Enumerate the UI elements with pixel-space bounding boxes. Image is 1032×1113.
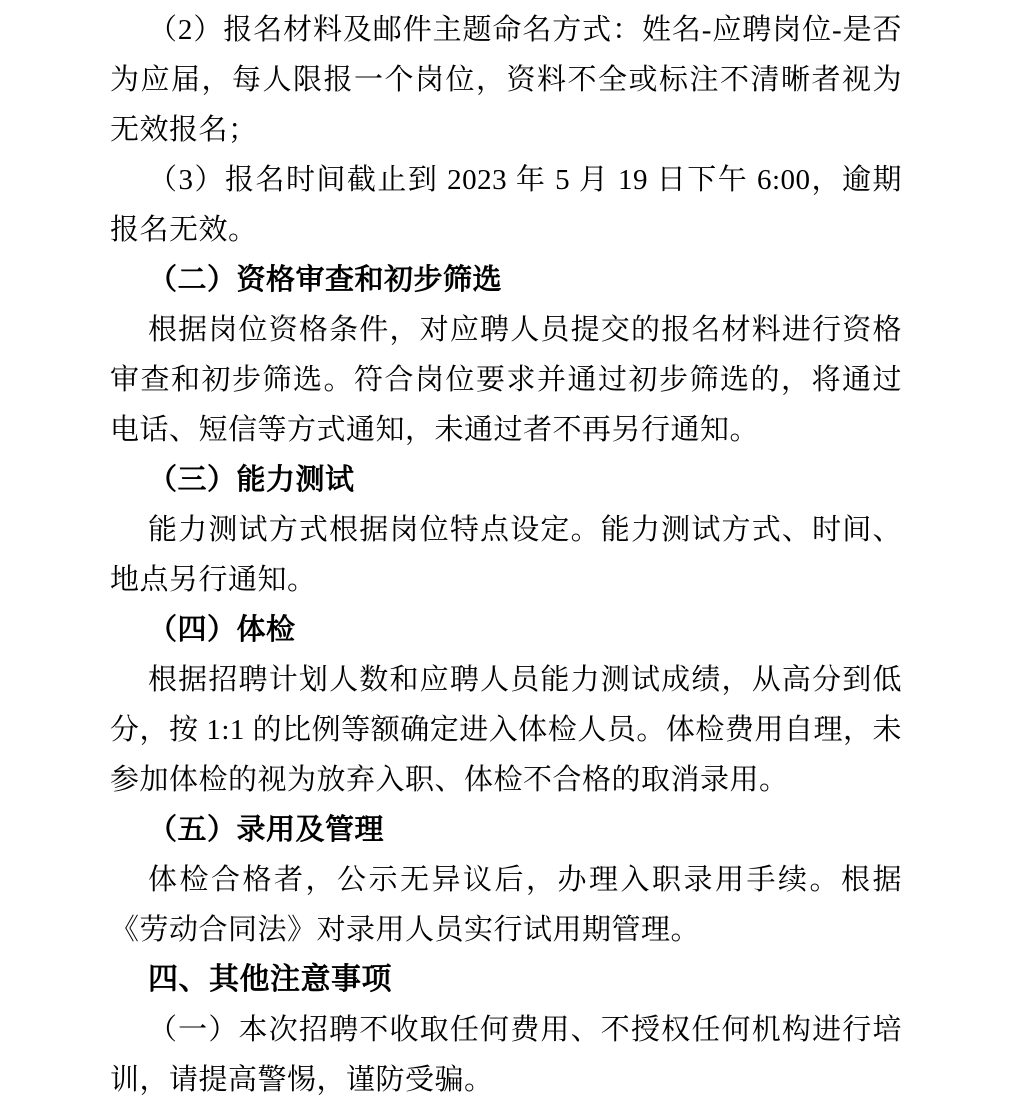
paragraph-physical-exam: 根据招聘计划人数和应聘人员能力测试成绩，从高分到低分，按 1:1 的比例等额确定…	[110, 655, 902, 805]
heading-other-notes: 四、其他注意事项	[110, 955, 902, 1005]
heading-ability-test: （三）能力测试	[110, 455, 902, 505]
paragraph-anti-fraud-notice: （一）本次招聘不收取任何费用、不授权任何机构进行培训，请提高警惕，谨防受骗。	[110, 1005, 902, 1105]
paragraph-application-deadline: （3）报名时间截止到 2023 年 5 月 19 日下午 6:00，逾期报名无效…	[110, 155, 902, 255]
paragraph-application-naming-rule: （2）报名材料及邮件主题命名方式：姓名-应聘岗位-是否为应届，每人限报一个岗位，…	[110, 5, 902, 155]
heading-employment-management: （五）录用及管理	[110, 805, 902, 855]
heading-qualification-review: （二）资格审查和初步筛选	[110, 255, 902, 305]
document-page: （2）报名材料及邮件主题命名方式：姓名-应聘岗位-是否为应届，每人限报一个岗位，…	[0, 0, 1032, 1113]
document-body: （2）报名材料及邮件主题命名方式：姓名-应聘岗位-是否为应届，每人限报一个岗位，…	[110, 5, 902, 1105]
paragraph-ability-test: 能力测试方式根据岗位特点设定。能力测试方式、时间、地点另行通知。	[110, 505, 902, 605]
heading-physical-exam: （四）体检	[110, 605, 902, 655]
paragraph-qualification-review: 根据岗位资格条件，对应聘人员提交的报名材料进行资格审查和初步筛选。符合岗位要求并…	[110, 305, 902, 455]
paragraph-employment-management: 体检合格者，公示无异议后，办理入职录用手续。根据《劳动合同法》对录用人员实行试用…	[110, 855, 902, 955]
